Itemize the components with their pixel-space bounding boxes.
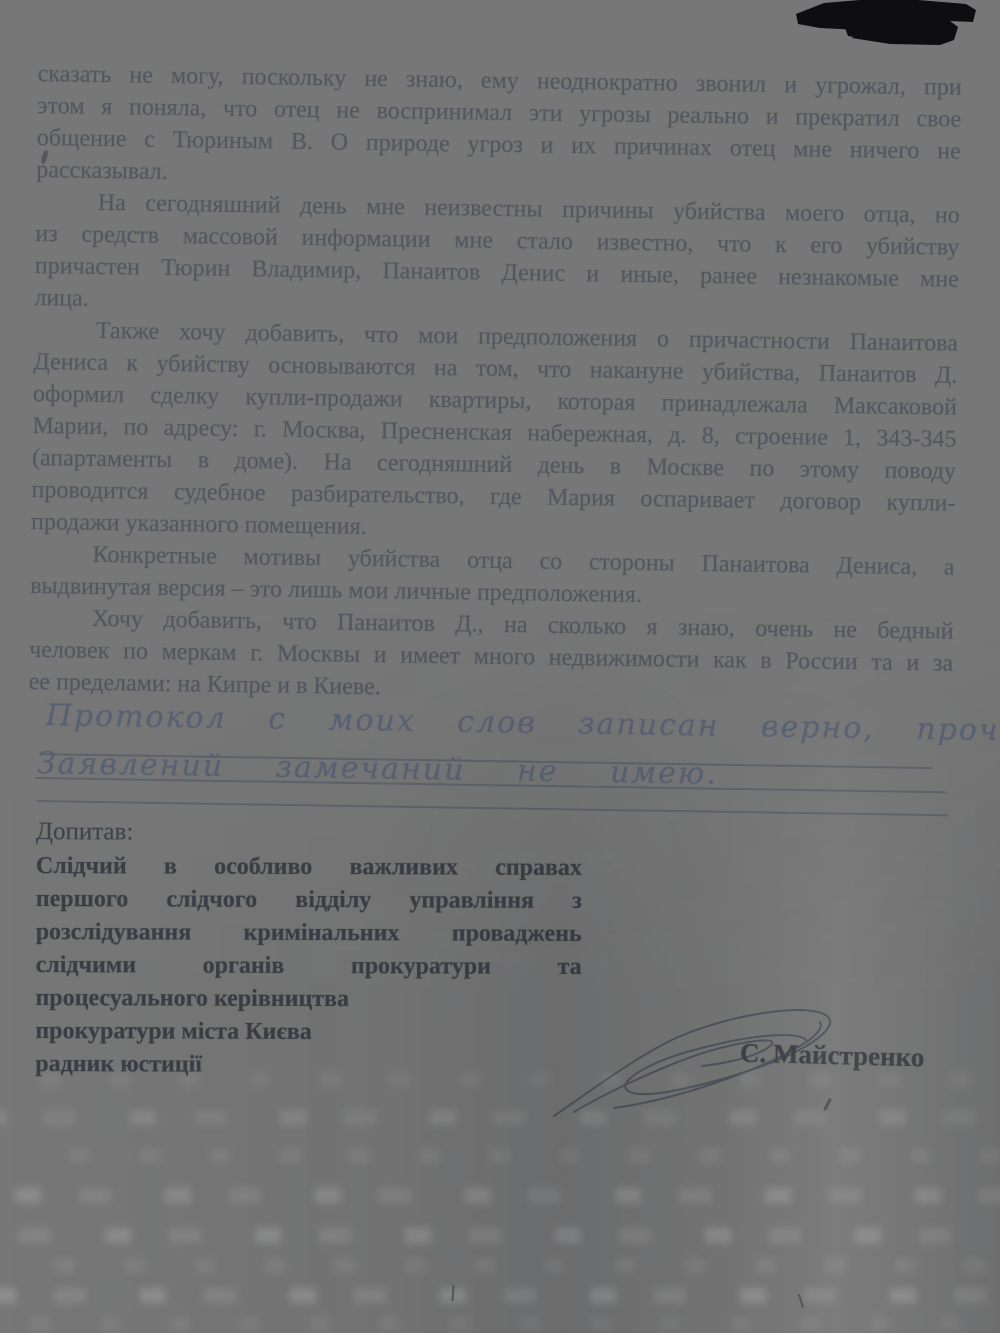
- handwritten-attestation: Протокол с моих слов записан верно, проч…: [34, 698, 952, 830]
- pen-scratch-mark: [798, 1294, 804, 1308]
- bleed-through-row: [30, 1316, 1000, 1331]
- bleed-through-row: [0, 1228, 955, 1243]
- pen-scratch-mark: [451, 1285, 454, 1301]
- bleed-through-row: [70, 1148, 1000, 1163]
- title-line: першого слідчого відділу управління з: [36, 883, 582, 918]
- handwriting-line: Заявлений замечаний не имею.: [37, 746, 718, 792]
- signature-name: С. Майстренко: [740, 1038, 925, 1074]
- bleed-through-row: [15, 1188, 1000, 1203]
- title-line: слідчими органів прокуратури та: [36, 949, 582, 984]
- redaction-scribble-icon: [790, 0, 980, 52]
- bleed-through-row: [55, 1258, 1000, 1273]
- title-line: процесуального керівництва: [35, 982, 581, 1017]
- official-title-block: Слідчий в особливо важливих справах перш…: [35, 850, 582, 1083]
- title-line: прокуратури міста Києва: [35, 1015, 581, 1050]
- title-line: розслідування кримінальних проваджень: [36, 916, 582, 951]
- title-line: радник юстиції: [35, 1048, 581, 1083]
- ruled-line: [36, 800, 948, 816]
- closing-section: Допитав:: [36, 818, 134, 847]
- typed-testimony-block: сказать не могу, поскольку не знаю, ему …: [29, 58, 962, 712]
- bleed-through-row: [0, 1288, 990, 1303]
- title-line: Слідчий в особливо важливих справах: [36, 850, 582, 885]
- interrogator-label: Допитав:: [36, 818, 134, 847]
- scanned-document-page: сказать не могу, поскольку не знаю, ему …: [0, 0, 1000, 1333]
